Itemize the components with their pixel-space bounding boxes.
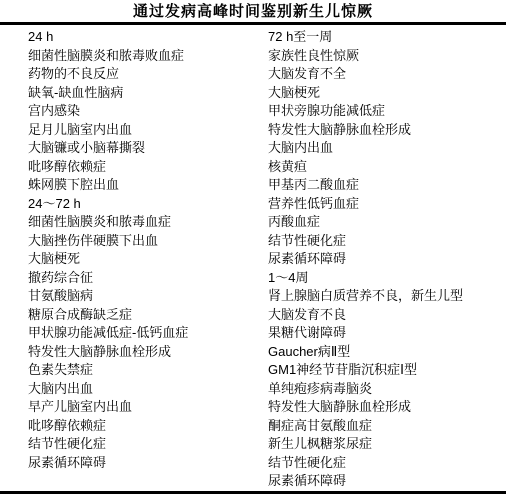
left-cell: 撤药综合征 bbox=[0, 269, 253, 288]
table-row: 细菌性脑膜炎和脓毒血症丙酸血症 bbox=[0, 213, 506, 232]
table-row: 甘氨酸脑病肾上腺脑白质营养不良，新生儿型 bbox=[0, 287, 506, 306]
right-cell: 单纯疱疹病毒脑炎 bbox=[253, 380, 506, 399]
table-row: 蛛网膜下腔出血甲基丙二酸血症 bbox=[0, 176, 506, 195]
left-cell bbox=[0, 472, 253, 491]
left-cell: 缺氧-缺血性脑病 bbox=[0, 84, 253, 103]
right-cell: 新生儿枫糖浆尿症 bbox=[253, 435, 506, 454]
left-cell: 宫内感染 bbox=[0, 102, 253, 121]
left-cell: 大脑镰或小脑幕撕裂 bbox=[0, 139, 253, 158]
table-row: 大脑挫伤伴硬膜下出血结节性硬化症 bbox=[0, 232, 506, 251]
right-cell: 72 h至一周 bbox=[253, 28, 506, 47]
table-row: 结节性硬化症新生儿枫糖浆尿症 bbox=[0, 435, 506, 454]
left-cell: 早产儿脑室内出血 bbox=[0, 398, 253, 417]
left-cell: 吡哆醇依赖症 bbox=[0, 158, 253, 177]
table-row: 大脑内出血单纯疱疹病毒脑炎 bbox=[0, 380, 506, 399]
right-cell: 1～4周 bbox=[253, 269, 506, 288]
right-cell: 结节性硬化症 bbox=[253, 454, 506, 473]
right-cell: 酮症高甘氨酸血症 bbox=[253, 417, 506, 436]
right-cell: 营养性低钙血症 bbox=[253, 195, 506, 214]
left-cell: 足月儿脑室内出血 bbox=[0, 121, 253, 140]
left-cell: 吡哆醇依赖症 bbox=[0, 417, 253, 436]
table-row: 特发性大脑静脉血栓形成Gaucher病Ⅱ型 bbox=[0, 343, 506, 362]
left-cell: 大脑挫伤伴硬膜下出血 bbox=[0, 232, 253, 251]
left-cell: 特发性大脑静脉血栓形成 bbox=[0, 343, 253, 362]
table-row: 吡哆醇依赖症核黄疸 bbox=[0, 158, 506, 177]
table-row: 细菌性脑膜炎和脓毒败血症家族性良性惊厥 bbox=[0, 47, 506, 66]
table-body: 24 h72 h至一周细菌性脑膜炎和脓毒败血症家族性良性惊厥药物的不良反应大脑发… bbox=[0, 25, 506, 491]
left-cell: 24 h bbox=[0, 28, 253, 47]
table-row: 24 h72 h至一周 bbox=[0, 28, 506, 47]
table-row: 宫内感染甲状旁腺功能减低症 bbox=[0, 102, 506, 121]
table-row: 24～72 h营养性低钙血症 bbox=[0, 195, 506, 214]
right-cell: 大脑梗死 bbox=[253, 84, 506, 103]
right-cell: 甲基丙二酸血症 bbox=[253, 176, 506, 195]
table-row: 早产儿脑室内出血特发性大脑静脉血栓形成 bbox=[0, 398, 506, 417]
left-cell: 色素失禁症 bbox=[0, 361, 253, 380]
right-cell: 家族性良性惊厥 bbox=[253, 47, 506, 66]
left-cell: 药物的不良反应 bbox=[0, 65, 253, 84]
table-row: 缺氧-缺血性脑病大脑梗死 bbox=[0, 84, 506, 103]
table-row: 撤药综合征1～4周 bbox=[0, 269, 506, 288]
table-row: 尿素循环障碍 bbox=[0, 472, 506, 491]
right-cell: 大脑发育不良 bbox=[253, 306, 506, 325]
table-row: 吡哆醇依赖症酮症高甘氨酸血症 bbox=[0, 417, 506, 436]
right-cell: 特发性大脑静脉血栓形成 bbox=[253, 121, 506, 140]
left-cell: 甲状腺功能减低症-低钙血症 bbox=[0, 324, 253, 343]
right-cell: 甲状旁腺功能减低症 bbox=[253, 102, 506, 121]
table-row: 大脑镰或小脑幕撕裂大脑内出血 bbox=[0, 139, 506, 158]
table-row: 甲状腺功能减低症-低钙血症果糖代谢障碍 bbox=[0, 324, 506, 343]
right-cell: 肾上腺脑白质营养不良，新生儿型 bbox=[253, 287, 506, 306]
right-cell: Gaucher病Ⅱ型 bbox=[253, 343, 506, 362]
left-cell: 糖原合成酶缺乏症 bbox=[0, 306, 253, 325]
left-cell: 甘氨酸脑病 bbox=[0, 287, 253, 306]
right-cell: 尿素循环障碍 bbox=[253, 472, 506, 491]
page-title: 通过发病高峰时间鉴别新生儿惊厥 bbox=[0, 0, 506, 22]
table-row: 大脑梗死尿素循环障碍 bbox=[0, 250, 506, 269]
differential-diagnosis-table: 通过发病高峰时间鉴别新生儿惊厥 24 h72 h至一周细菌性脑膜炎和脓毒败血症家… bbox=[0, 0, 506, 500]
left-cell: 大脑梗死 bbox=[0, 250, 253, 269]
right-cell: 果糖代谢障碍 bbox=[253, 324, 506, 343]
left-cell: 蛛网膜下腔出血 bbox=[0, 176, 253, 195]
table-row: 尿素循环障碍结节性硬化症 bbox=[0, 454, 506, 473]
table-row: 色素失禁症GM1神经节苷脂沉积症Ⅰ型 bbox=[0, 361, 506, 380]
left-cell: 细菌性脑膜炎和脓毒血症 bbox=[0, 213, 253, 232]
right-cell: 核黄疸 bbox=[253, 158, 506, 177]
left-cell: 24～72 h bbox=[0, 195, 253, 214]
right-cell: 结节性硬化症 bbox=[253, 232, 506, 251]
left-cell: 结节性硬化症 bbox=[0, 435, 253, 454]
left-cell: 大脑内出血 bbox=[0, 380, 253, 399]
table-row: 足月儿脑室内出血特发性大脑静脉血栓形成 bbox=[0, 121, 506, 140]
table-row: 糖原合成酶缺乏症大脑发育不良 bbox=[0, 306, 506, 325]
table-row: 药物的不良反应大脑发育不全 bbox=[0, 65, 506, 84]
right-cell: 特发性大脑静脉血栓形成 bbox=[253, 398, 506, 417]
right-cell: 大脑内出血 bbox=[253, 139, 506, 158]
left-cell: 尿素循环障碍 bbox=[0, 454, 253, 473]
right-cell: 尿素循环障碍 bbox=[253, 250, 506, 269]
bottom-rule bbox=[0, 491, 506, 494]
right-cell: 丙酸血症 bbox=[253, 213, 506, 232]
right-cell: GM1神经节苷脂沉积症Ⅰ型 bbox=[253, 361, 506, 380]
right-cell: 大脑发育不全 bbox=[253, 65, 506, 84]
left-cell: 细菌性脑膜炎和脓毒败血症 bbox=[0, 47, 253, 66]
